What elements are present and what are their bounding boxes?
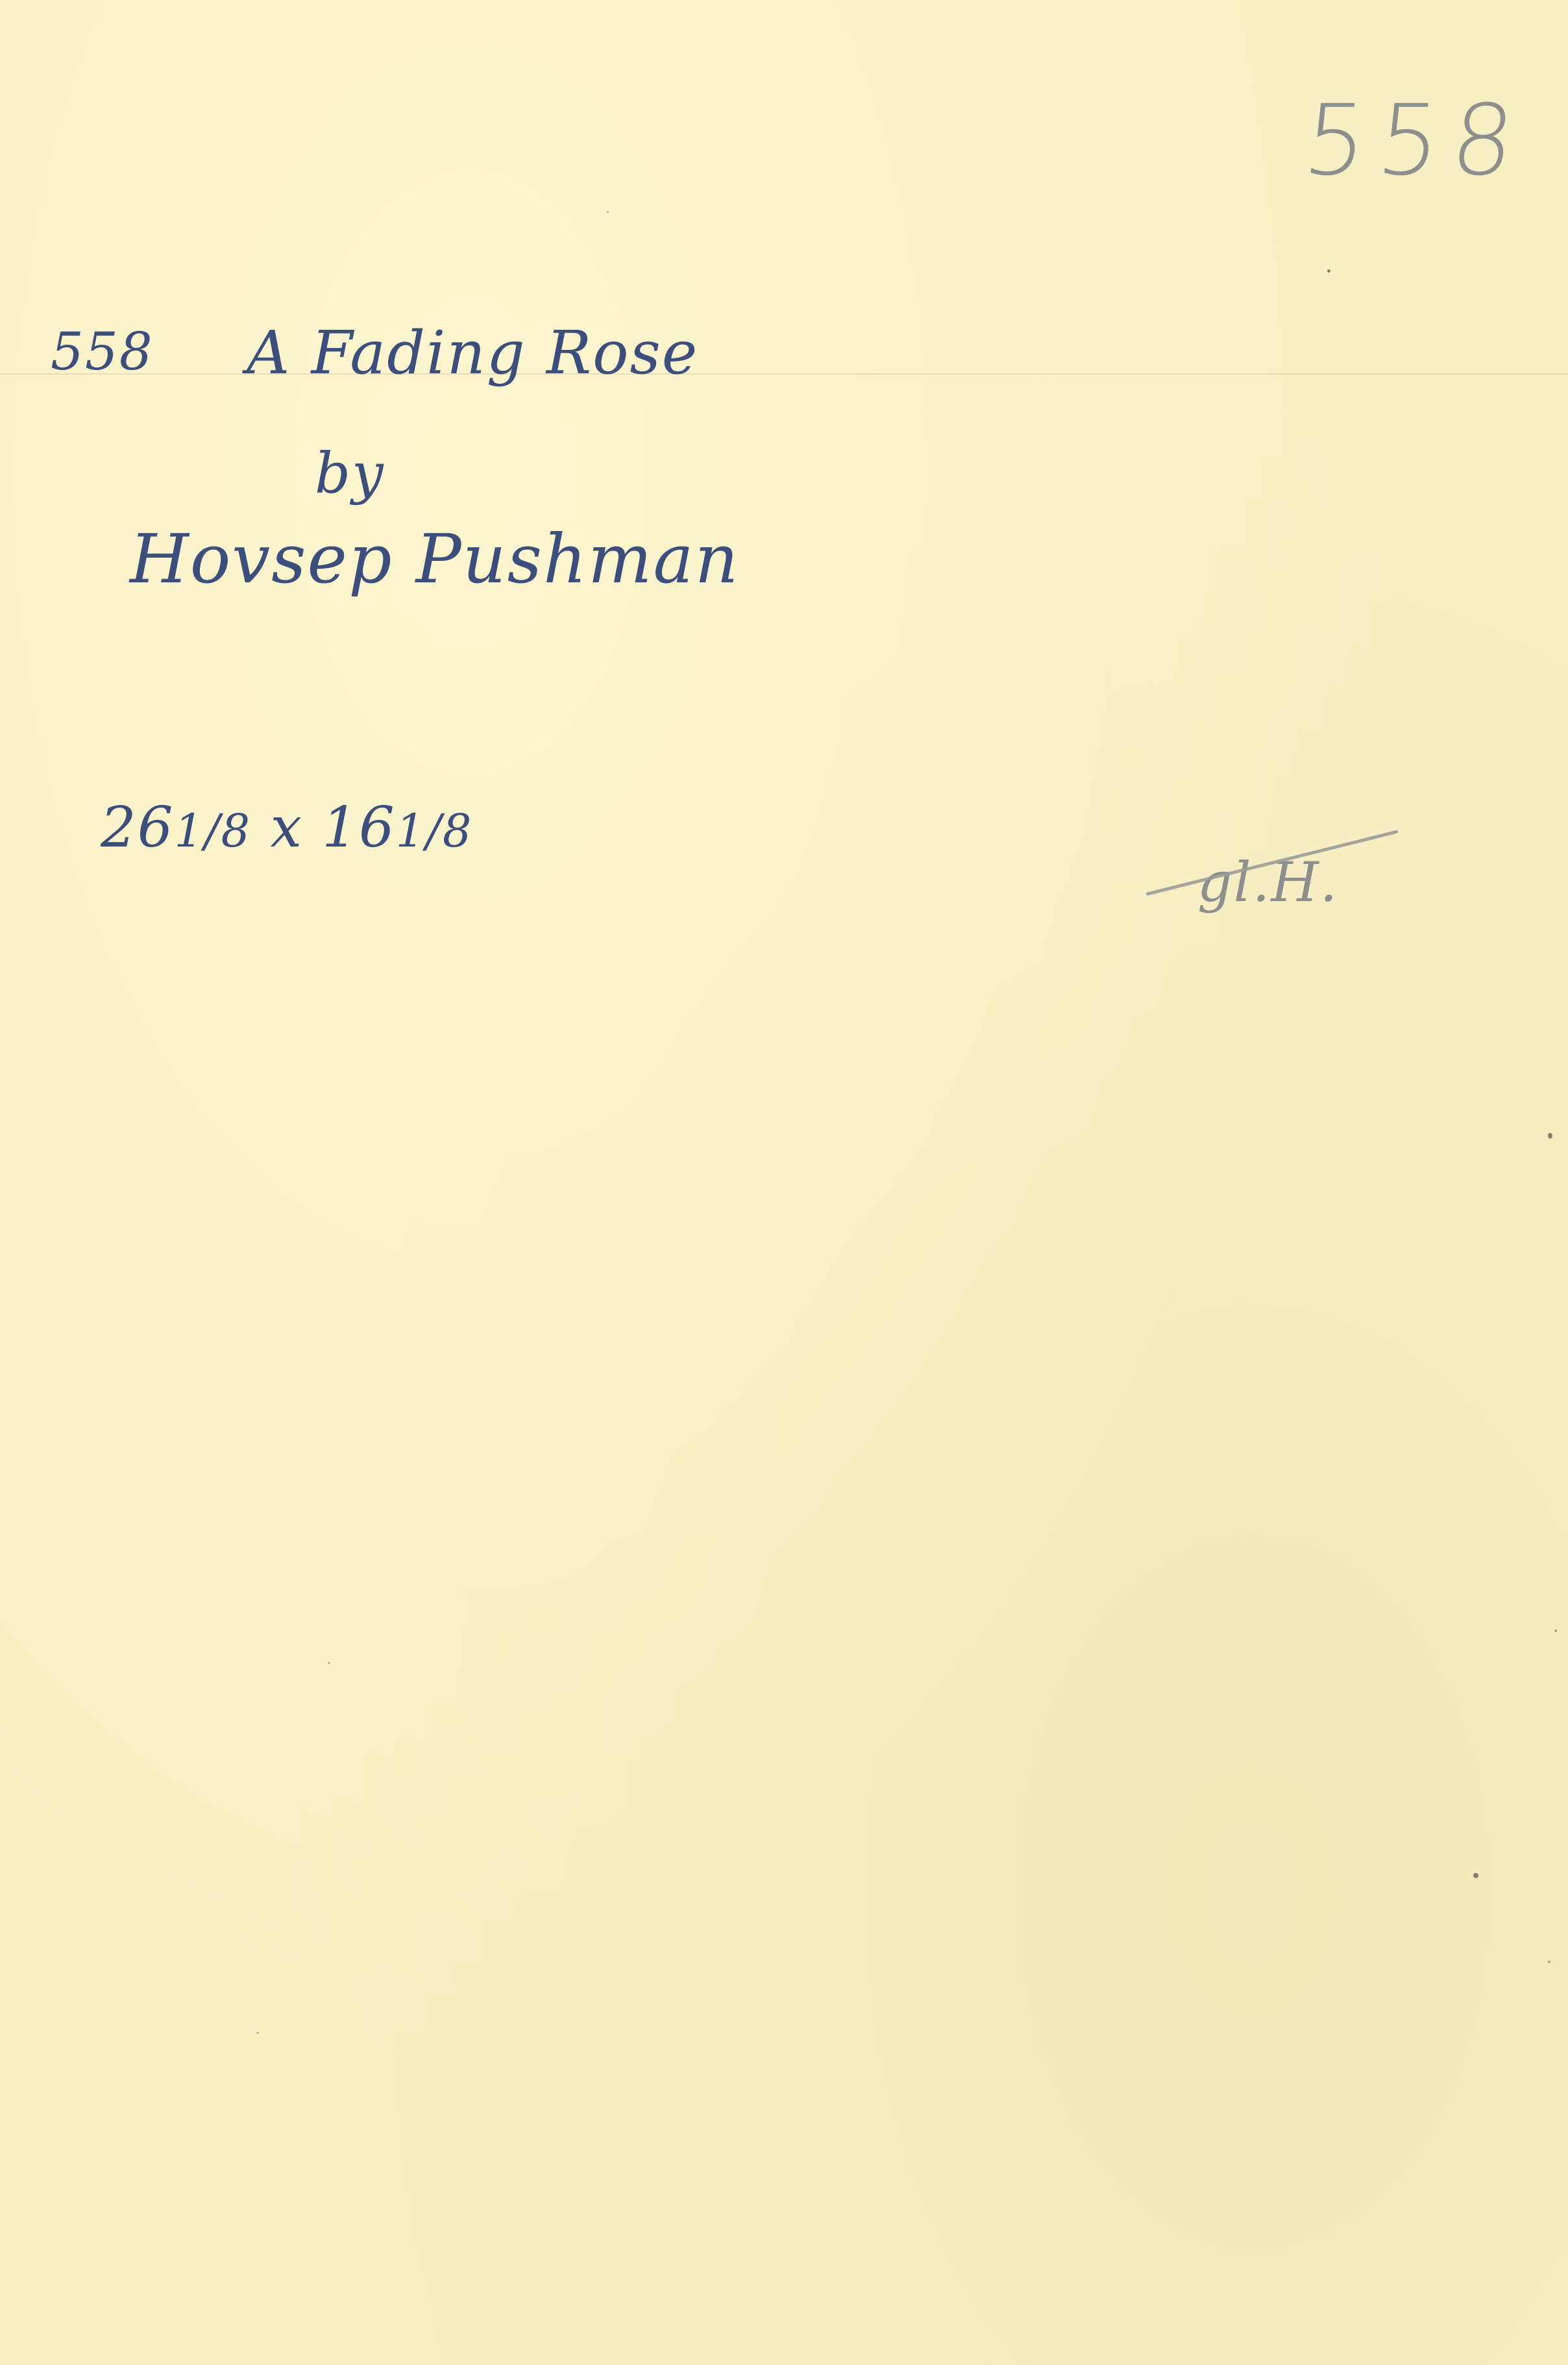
paper-sheet: 558 558 A Fading Rose by Hovsep Pushman … [0, 0, 1568, 2365]
paper-speck [1554, 1629, 1557, 1632]
artwork-title: A Fading Rose [247, 318, 698, 388]
paper-speck [1548, 1133, 1552, 1139]
artwork-dimensions: 261/8 x 161/8 [101, 795, 472, 860]
dimension-width-fraction: 1/8 [174, 804, 251, 858]
initials-text: gl.H. [1197, 850, 1338, 914]
artist-name: Hovsep Pushman [130, 519, 740, 599]
paper-speck [328, 1662, 330, 1664]
catalog-number: 558 [51, 321, 154, 382]
paper-speck [256, 2032, 259, 2034]
struck-initials: gl.H. [1142, 837, 1415, 941]
paper-speck [1327, 269, 1330, 273]
paper-speck [1473, 1873, 1478, 1878]
dimension-height-whole: 16 [322, 795, 395, 860]
faint-ruled-line [0, 373, 1568, 375]
paper-speck [1548, 1961, 1550, 1963]
corner-catalog-number: 558 [1299, 84, 1532, 197]
dimension-width-whole: 26 [101, 795, 174, 860]
by-label: by [315, 441, 385, 506]
dimension-height-fraction: 1/8 [396, 804, 473, 858]
dimension-separator: x [270, 795, 303, 860]
paper-speck [607, 211, 609, 213]
